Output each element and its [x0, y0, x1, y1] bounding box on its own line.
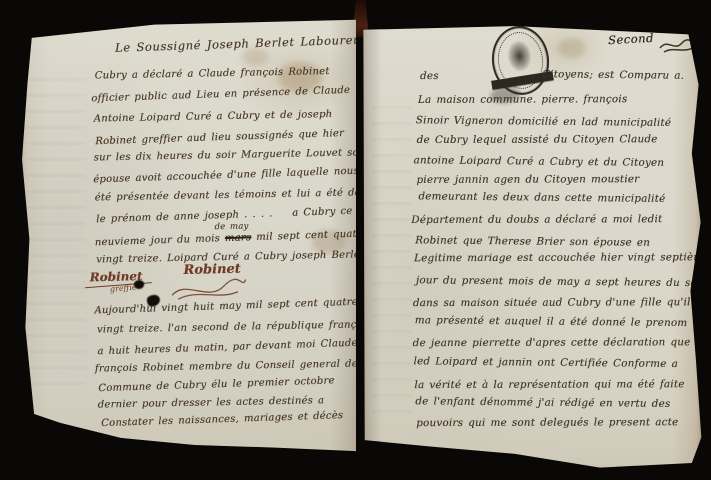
manuscript-line: Cubry a déclaré a Claude françois Robine… — [95, 66, 330, 82]
left-page-text: Le Soussigné Joseph Berlet Laboureur a C… — [19, 11, 366, 461]
manuscript-line: des — [420, 70, 439, 82]
manuscript-line: jour du present mois de may a sept heure… — [416, 274, 706, 289]
manuscript-line: la vérité et à la représentation qui ma … — [414, 378, 684, 391]
manuscript-line: demeurant les deux dans cette municipali… — [418, 190, 665, 205]
right-page-text: des Citoyens; est Comparu a. La maison c… — [360, 16, 702, 476]
manuscript-line: épouse avoit accouchée d'une fille laque… — [93, 165, 370, 185]
manuscript-line: pierre jannin agen du Citoyen moustier — [416, 173, 639, 186]
manuscript-line: ma présenté et auquel il a été donné le … — [415, 314, 688, 329]
struck-word: mars — [225, 232, 252, 244]
manuscript-line: Robinet que Therese Brier son épouse en — [415, 234, 650, 248]
manuscript-line: Legitime mariage est accouchée hier ving… — [414, 251, 710, 264]
manuscript-line: Citoyens; est Comparu a. — [542, 68, 684, 81]
manuscript-line: Département du doubs a déclaré a moi led… — [411, 213, 662, 226]
manuscript-line: Robinet greffier aud lieu soussignés que… — [95, 128, 344, 147]
signature-swash-flourish — [168, 275, 249, 303]
manuscript-line: de Cubry lequel assisté du Citoyen Claud… — [417, 133, 658, 146]
line-pre: neuvieme jour du mois — [95, 233, 225, 248]
manuscript-line: a huit heures du matin, par devant moi C… — [97, 338, 358, 358]
manuscript-line: antoine Loipard Curé a Cubry et du Citoy… — [413, 154, 664, 169]
interline-insertion: de may — [214, 222, 248, 233]
manuscript-line: dans sa maison située aud Cubry d'une fi… — [413, 296, 691, 309]
manuscript-line: Constater les naissances, mariages et dé… — [101, 410, 343, 429]
manuscript-line: Commune de Cubry élu le premier octobre — [98, 375, 335, 394]
manuscript-line: de l'enfant dénommé j'ai rédigé en vertu… — [415, 395, 670, 410]
manuscript-line: françois Robinet membre du Conseil gener… — [95, 358, 373, 374]
left-page: Le Soussigné Joseph Berlet Laboureur a C… — [20, 18, 356, 460]
manuscript-line: pouvoirs qui me sont delegués le present… — [416, 416, 678, 429]
manuscript-line: Sinoir Vigneron domicilié en lad municip… — [416, 114, 672, 129]
manuscript-line: vingt treize. l'an second de la républiq… — [97, 319, 378, 335]
manuscript-line: été présentée devant les témoins et lui … — [95, 187, 381, 203]
manuscript-line: dernier pour dresser les actes destinés … — [98, 395, 325, 410]
manuscript-line: de jeanne pierrette d'apres cette déclar… — [413, 336, 691, 349]
manuscript-line: Antoine Loipard Curé a Cubry et de josep… — [94, 109, 333, 125]
manuscript-line: Le Soussigné Joseph Berlet Laboureur a — [115, 32, 381, 55]
manuscript-line: led Loipard et jannin ont Certifiée Conf… — [413, 355, 678, 370]
manuscript-scan: Le Soussigné Joseph Berlet Laboureur a C… — [0, 0, 711, 480]
line-post: mil sept cent quatre — [251, 228, 368, 243]
manuscript-line: La maison commune. pierre. françois — [418, 93, 628, 106]
manuscript-line: officier public aud Lieu en présence de … — [91, 85, 350, 105]
right-page: Second des Citoyens; est Comparu a. La m… — [362, 16, 702, 474]
manuscript-line: sur les dix heures du soir Marguerite Lo… — [94, 147, 366, 163]
